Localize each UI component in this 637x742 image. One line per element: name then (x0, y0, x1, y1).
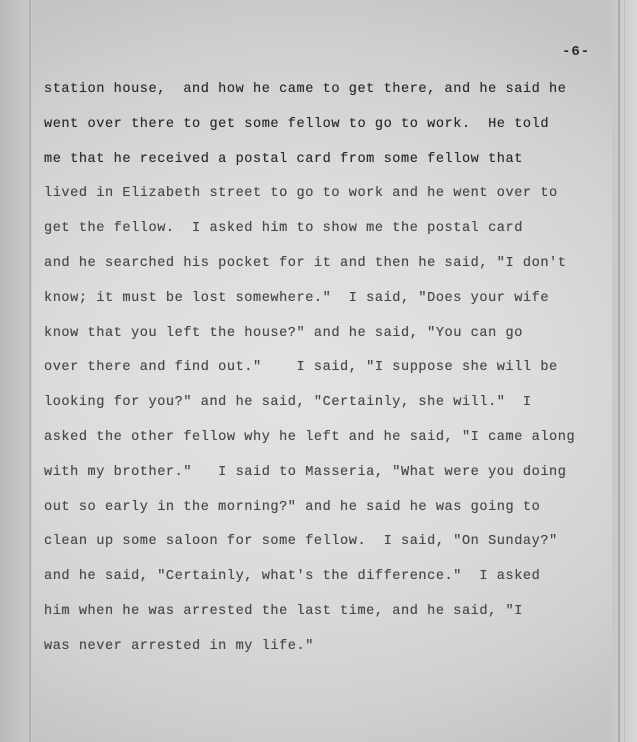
left-binding-line (29, 0, 31, 742)
text-line: get the fellow. I asked him to show me t… (44, 219, 624, 254)
text-line: clean up some saloon for some fellow. I … (44, 532, 624, 567)
text-line: lived in Elizabeth street to go to work … (44, 184, 624, 219)
text-line: and he searched his pocket for it and th… (44, 254, 624, 289)
page-number: -6- (562, 44, 590, 60)
text-line: know; it must be lost somewhere." I said… (44, 289, 624, 324)
text-line: out so early in the morning?" and he sai… (44, 498, 624, 533)
text-line: him when he was arrested the last time, … (44, 602, 624, 637)
text-line: was never arrested in my life." (44, 637, 624, 672)
text-line: asked the other fellow why he left and h… (44, 428, 624, 463)
right-edge-line-secondary (624, 0, 625, 742)
text-line: know that you left the house?" and he sa… (44, 324, 624, 359)
text-line: went over there to get some fellow to go… (44, 115, 624, 150)
text-line: station house, and how he came to get th… (44, 80, 624, 115)
text-line: over there and find out." I said, "I sup… (44, 358, 624, 393)
text-line: looking for you?" and he said, "Certainl… (44, 393, 624, 428)
text-line: with my brother." I said to Masseria, "W… (44, 463, 624, 498)
typewritten-body: station house, and how he came to get th… (44, 80, 624, 672)
left-page-shadow (0, 0, 32, 742)
text-line: and he said, "Certainly, what's the diff… (44, 567, 624, 602)
text-line: me that he received a postal card from s… (44, 150, 624, 185)
